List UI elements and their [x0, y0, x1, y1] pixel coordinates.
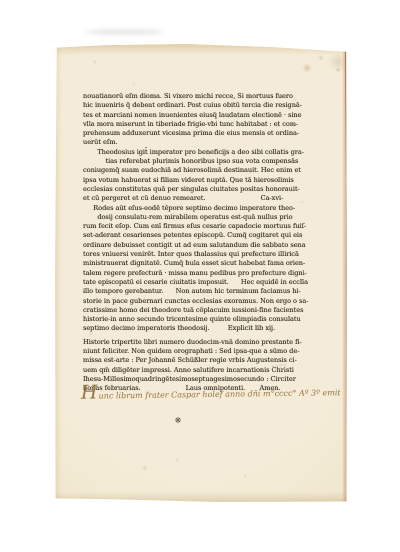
colophon-line: Historie tripertite libri numero duodeci…: [83, 338, 301, 347]
text-line: set-aderant cesarienses petentes episcop…: [83, 231, 301, 240]
incunable-leaf: nouatianorū eſm dioma. Si vixero michi r…: [55, 44, 347, 502]
text-line: septimo decimo imperatoris theodosij. Ex…: [83, 324, 301, 333]
colophon-block: Historie tripertite libri numero duodeci…: [83, 338, 301, 394]
pencil-annotation: 1472 —: [271, 364, 294, 372]
text-line: Rodes aūt eſus-eodē tēpore septimo decim…: [83, 204, 301, 213]
text-line: et cū pergeret et cū denuo remearet. Ca-…: [83, 194, 301, 203]
text-line: tores vniuersi venirēt. Inter quos thala…: [83, 250, 301, 259]
background-smudge: [86, 29, 164, 35]
text-line: tes et marciani nomen inuenientes eiusq̄…: [83, 111, 301, 120]
text-line: Theodosius igit̄ imperator pro beneficij…: [83, 148, 301, 157]
printed-paragraph-1: nouatianorū eſm dioma. Si vixero michi r…: [83, 92, 301, 148]
text-line: tate episcopatū ei cesarie ciuitatis imp…: [83, 278, 301, 287]
text-line: ipsa votum habuerat si filiam videret nu…: [83, 176, 301, 185]
text-line: tias referebat plurimis honoribus ipso s…: [83, 157, 301, 166]
text-line: dosij consulatu-rem mirabilem operatus e…: [83, 213, 301, 222]
text-line: ministrauerat dignitatē. Cumq̄ hula esse…: [83, 259, 301, 268]
printed-paragraph-2: Theodosius igit̄ imperator pro beneficij…: [83, 148, 301, 204]
text-line: vlla mora miserunt in tiberiade frigie-v…: [83, 120, 301, 129]
text-line: uerūt eſm.: [83, 138, 301, 147]
printed-text-block: nouatianorū eſm dioma. Si vixero michi r…: [83, 92, 301, 394]
colophon-line: Ihesu-Millesimoquadringētesimoseptuagesi…: [83, 375, 301, 384]
colophon-line: missa est-arte : Per Johannē Schüßler re…: [83, 356, 301, 365]
text-line: illo tempore gerebantur. Non autem hic t…: [83, 287, 301, 296]
colophon-line: uem qm̄ diligēter impressi. Anno salutif…: [83, 366, 301, 375]
text-line: ecclesias constitutas quā per singulas c…: [83, 185, 301, 194]
printed-paragraph-3: Rodes aūt eſus-eodē tēpore septimo decim…: [83, 204, 301, 334]
text-line: storie in pace gubernari cunctas ecclesi…: [83, 297, 301, 306]
text-line: hic inueniris q̄ debeat ordinari. Post c…: [83, 101, 301, 110]
text-line: cratissime homo dei theodore tuā cōplacu…: [83, 306, 301, 315]
text-line: ordinare debuisset contigit ut ad eum sa…: [83, 241, 301, 250]
colophon-line: niunt feliciter. Non quidem orographati …: [83, 347, 301, 356]
rosette-ornament: ❋: [172, 416, 184, 425]
text-line: talem regere prefecturā · missa manu ped…: [83, 269, 301, 278]
leaf-right-edge-stain: [345, 50, 347, 180]
text-line: coniugemq̄ suam eudochiā ad hierosolimā …: [83, 166, 301, 175]
text-line: nouatianorū eſm dioma. Si vixero michi r…: [83, 92, 301, 101]
manuscript-inscription: Hunc librum frater Caspar holef anno dñi…: [81, 385, 336, 402]
